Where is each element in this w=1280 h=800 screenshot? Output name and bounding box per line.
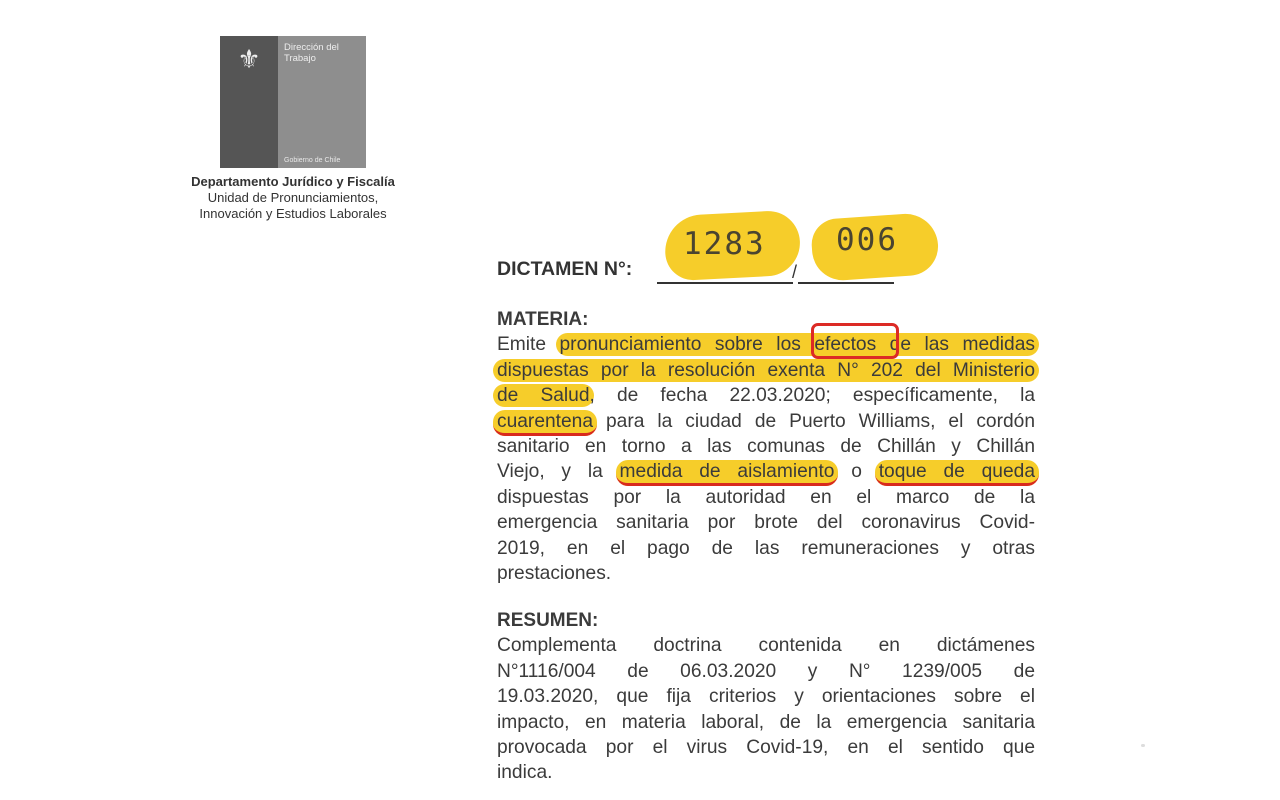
direccion-del-trabajo-logo: ⚜ Dirección del Trabajo Gobierno de Chil… (220, 36, 366, 168)
resumen-line: provocada por el virus Covid-19, en el s… (497, 735, 1035, 760)
materia-line: cuarentena para la ciudad de Puerto Will… (497, 409, 1035, 434)
resumen-line: impacto, en materia laboral, de la emerg… (497, 710, 1035, 735)
logo-footer: Gobierno de Chile (284, 157, 340, 164)
dictamen-label: DICTAMEN N°: (497, 258, 632, 281)
materia-line: sanitario en torno a las comunas de Chil… (497, 434, 1035, 459)
suffix-blank (798, 282, 894, 284)
coat-of-arms-icon: ⚜ (228, 42, 270, 76)
dictamen-number: 1283 (683, 226, 766, 262)
resumen-line: Complementa doctrina contenida en dictám… (497, 633, 1035, 658)
materia-line: dispuestas por la autoridad en el marco … (497, 485, 1035, 510)
materia-line: 2019, en el pago de las remuneraciones y… (497, 536, 1035, 561)
resumen-line: indica. (497, 760, 1035, 785)
unit-line-1: Unidad de Pronunciamientos, (150, 190, 436, 206)
materia-section: MATERIA: Emite pronunciamiento sobre los… (497, 307, 1035, 586)
logo-title: Dirección del Trabajo (284, 42, 339, 64)
materia-line: emergencia sanitaria por brote del coron… (497, 510, 1035, 535)
materia-line: Emite pronunciamiento sobre los efectos … (497, 332, 1035, 357)
resumen-line: N°1116/004 de 06.03.2020 y N° 1239/005 d… (497, 659, 1035, 684)
materia-line: Viejo, y la medida de aislamiento o toqu… (497, 459, 1035, 484)
highlight: de Salud (493, 384, 594, 407)
highlight-underlined: cuarentena (493, 410, 597, 436)
materia-line: dispuestas por la resolución exenta N° 2… (497, 358, 1035, 383)
materia-heading: MATERIA: (497, 307, 1035, 332)
highlight: dispuestas por la resolución exenta N° 2… (493, 359, 1039, 382)
highlight: pronunciamiento sobre los efectos de las… (556, 333, 1039, 356)
highlight-underlined: toque de queda (875, 460, 1039, 486)
number-blank (657, 282, 793, 284)
scan-speck (1141, 744, 1145, 747)
department-block: Departamento Jurídico y Fiscalía Unidad … (150, 174, 436, 222)
highlight-underlined: medida de aislamiento (616, 460, 839, 486)
unit-line-2: Innovación y Estudios Laborales (150, 206, 436, 222)
resumen-heading: RESUMEN: (497, 608, 1035, 633)
department-name: Departamento Jurídico y Fiscalía (150, 174, 436, 190)
resumen-line: 19.03.2020, que fija criterios y orienta… (497, 684, 1035, 709)
separator: / (792, 262, 797, 283)
resumen-section: RESUMEN: Complementa doctrina contenida … (497, 608, 1035, 786)
materia-line: prestaciones. (497, 561, 1035, 586)
dictamen-suffix: 006 (836, 222, 898, 258)
annotation-box (811, 323, 899, 359)
materia-line: de Salud, de fecha 22.03.2020; específic… (497, 383, 1035, 408)
